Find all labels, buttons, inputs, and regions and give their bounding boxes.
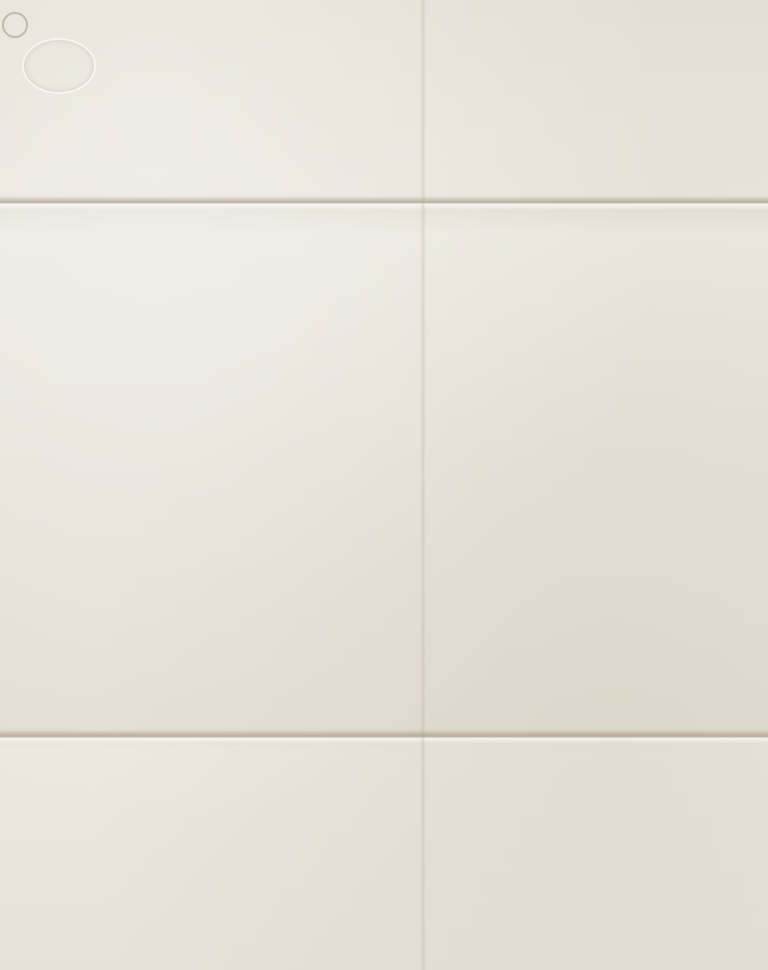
embossed-seal	[22, 38, 96, 94]
fold-line-vertical	[420, 0, 426, 970]
ink-stain	[2, 12, 28, 38]
fold-line-lower	[0, 730, 768, 744]
fold-line-upper	[0, 196, 768, 210]
letter-paper	[0, 0, 768, 970]
